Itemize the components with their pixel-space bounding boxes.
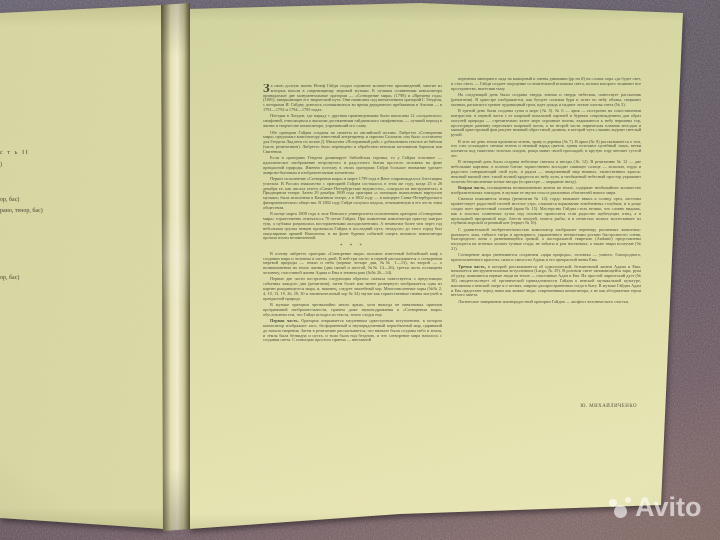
- right-page: [0, 0, 720, 540]
- avito-watermark: Avito: [609, 493, 702, 521]
- avito-dots-icon: [609, 493, 635, 521]
- watermark-text: Avito: [635, 493, 702, 521]
- right-page-shadow: [0, 0, 720, 540]
- gatefold-spine: [160, 3, 190, 531]
- record-sleeve-photo: с т ь II)ор, бас)рано, тенор, бас)ор, ба…: [0, 0, 720, 540]
